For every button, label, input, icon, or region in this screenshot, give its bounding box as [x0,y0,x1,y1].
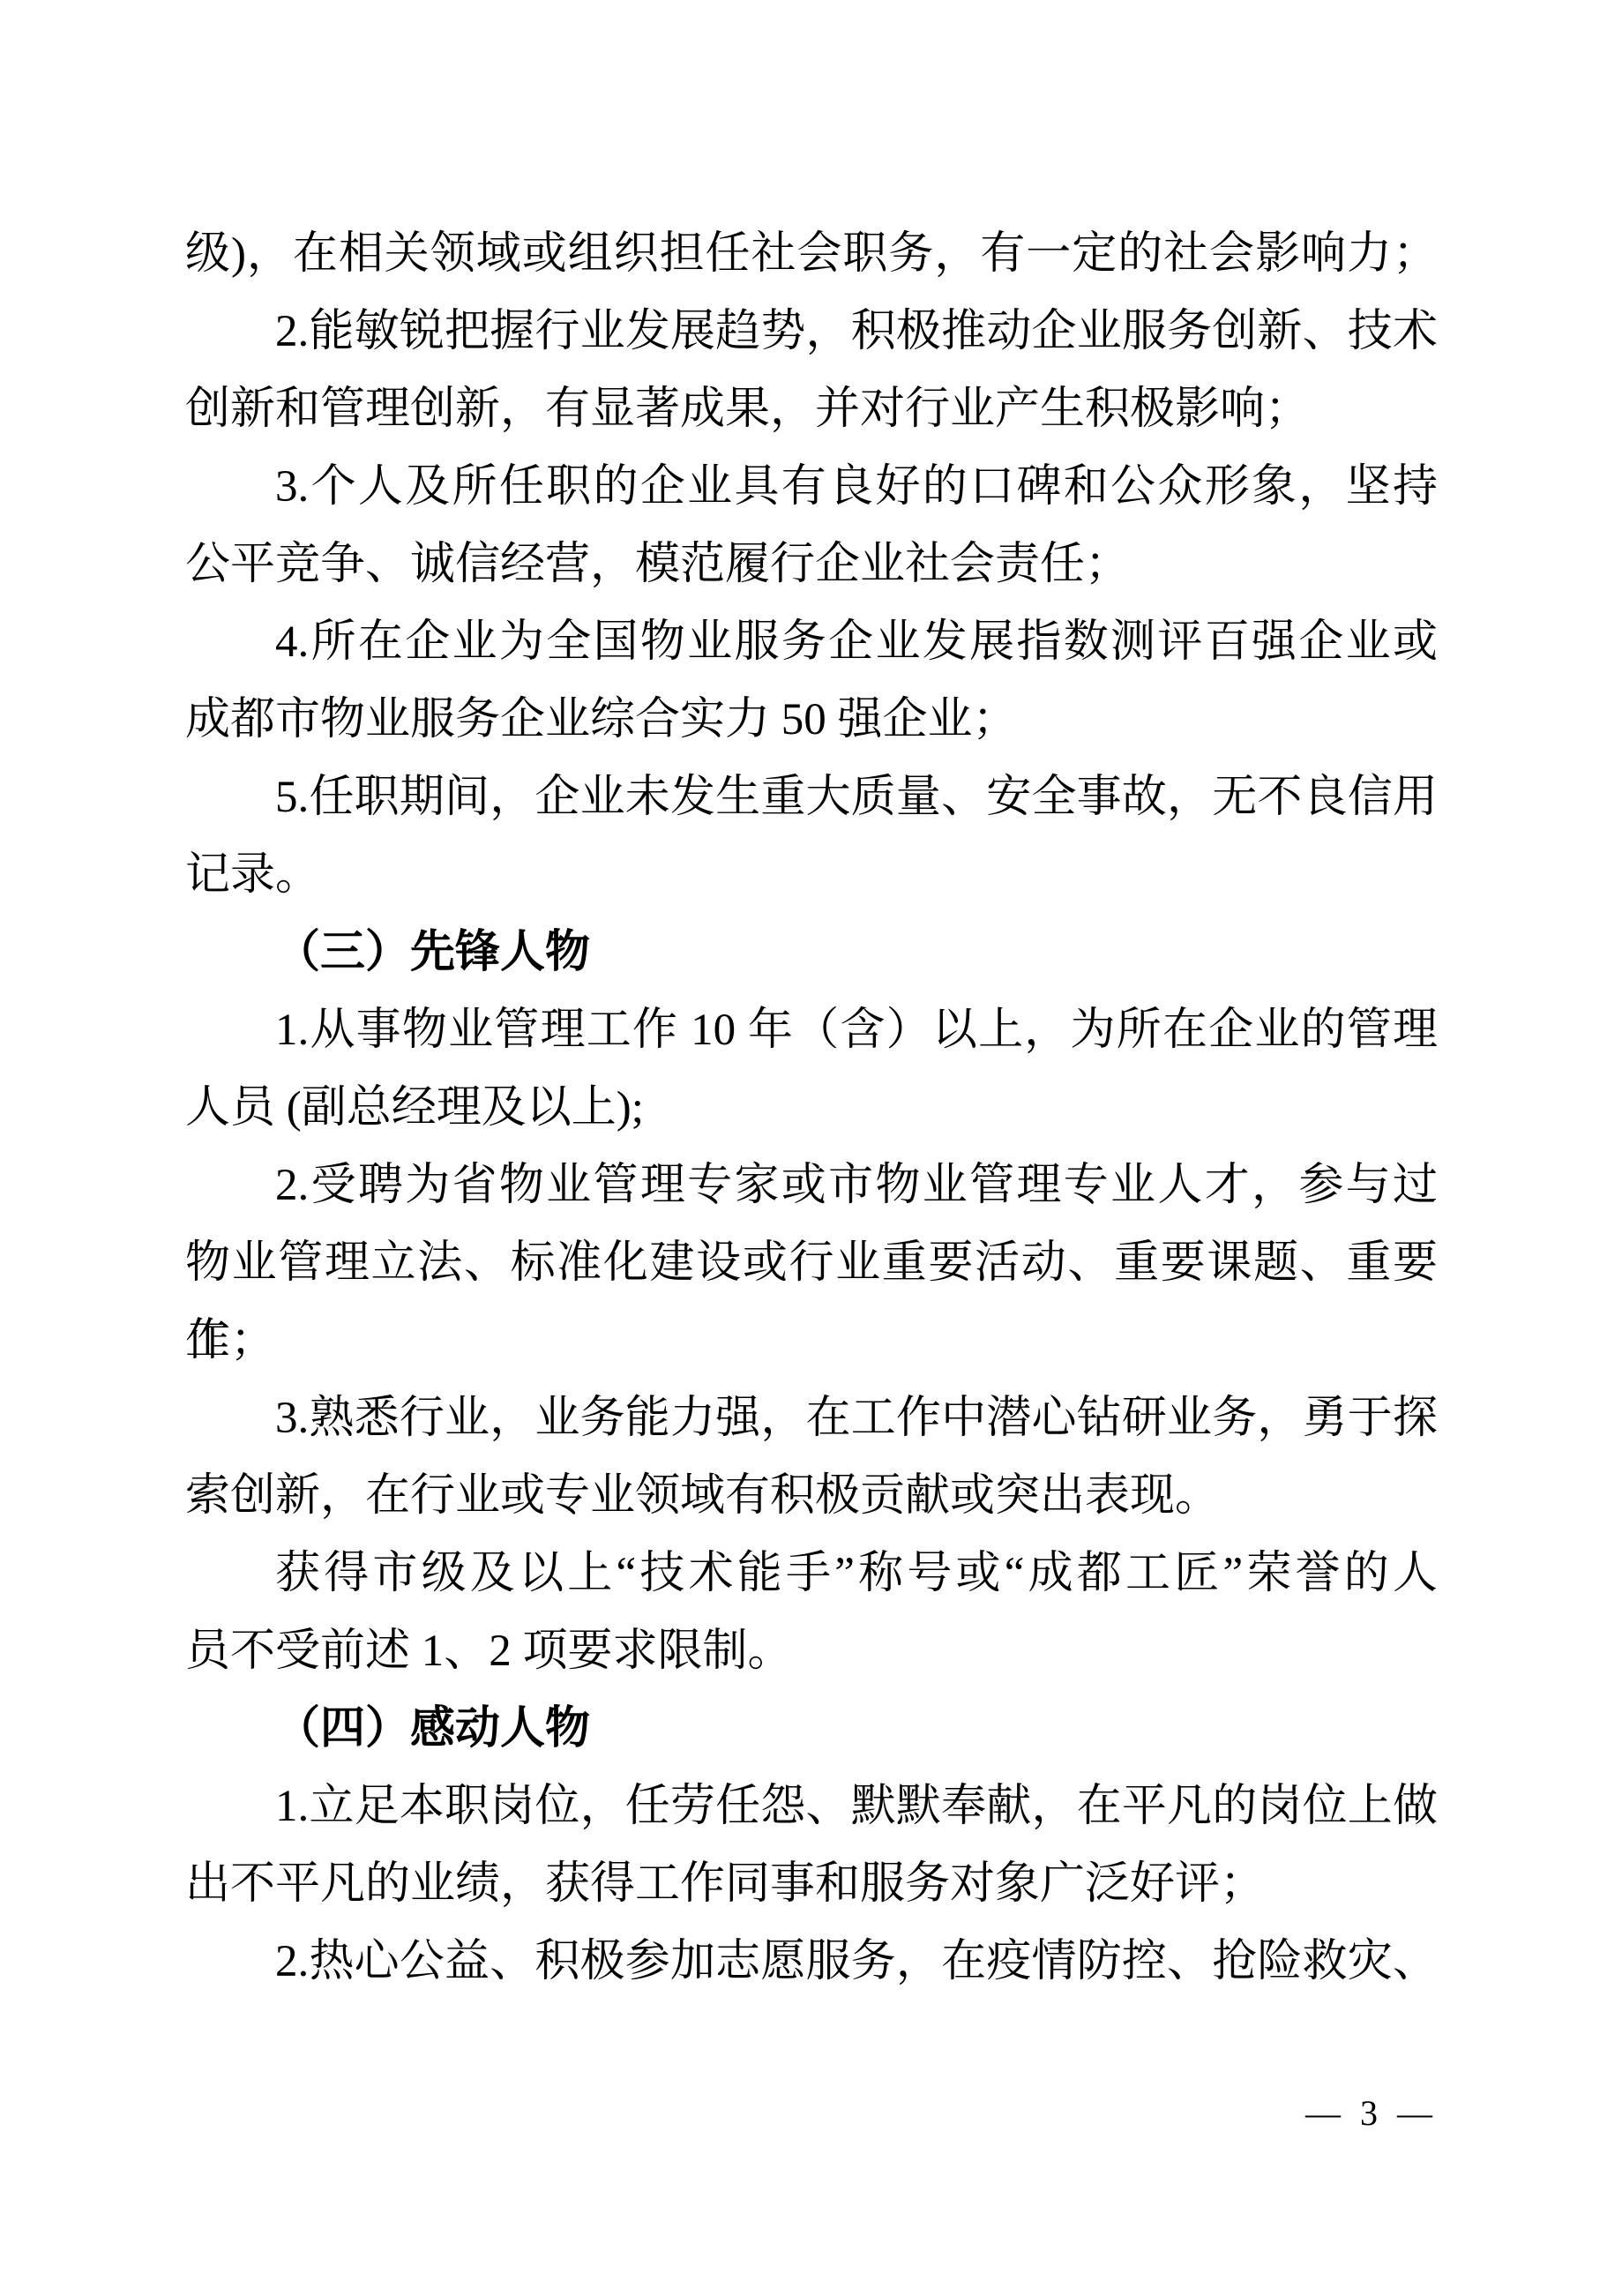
text-line: 创新和管理创新，有显著成果，并对行业产生积极影响； [185,370,1438,448]
text-line: 作； [185,1302,1438,1380]
text-line: 2.能敏锐把握行业发展趋势，积极推动企业服务创新、技术 [185,293,1438,370]
document-body: 级)，在相关领域或组织担任社会职务，有一定的社会影响力；2.能敏锐把握行业发展趋… [185,215,1438,2001]
text-line: 物业管理立法、标准化建设或行业重要活动、重要课题、重要工 [185,1224,1438,1302]
text-line: 级)，在相关领域或组织担任社会职务，有一定的社会影响力； [185,215,1438,293]
text-line: 5.任职期间，企业未发生重大质量、安全事故，无不良信用 [185,759,1438,836]
text-line: 2.受聘为省物业管理专家或市物业管理专业人才，参与过 [185,1147,1438,1224]
text-line: 索创新，在行业或专业领域有积极贡献或突出表现。 [185,1457,1438,1535]
text-line: 4.所在企业为全国物业服务企业发展指数测评百强企业或 [185,603,1438,681]
page-number: — 3 — [1305,2092,1438,2135]
text-line: 2.热心公益、积极参加志愿服务，在疫情防控、抢险救灾、 [185,1923,1438,2001]
text-line: 获得市级及以上“技术能手”称号或“成都工匠”荣誉的人 [185,1535,1438,1612]
text-line: （四）感动人物 [185,1690,1438,1768]
text-line: 1.从事物业管理工作 10 年（含）以上，为所在企业的管理 [185,991,1438,1069]
text-line: 公平竞争、诚信经营，模范履行企业社会责任； [185,526,1438,603]
text-line: 记录。 [185,836,1438,914]
text-line: 1.立足本职岗位，任劳任怨、默默奉献，在平凡的岗位上做 [185,1768,1438,1845]
text-line: 成都市物业服务企业综合实力 50 强企业； [185,681,1438,759]
text-line: 人员 (副总经理及以上); [185,1069,1438,1147]
text-line: 3.个人及所任职的企业具有良好的口碑和公众形象，坚持 [185,448,1438,526]
text-line: 出不平凡的业绩，获得工作同事和服务对象广泛好评； [185,1845,1438,1923]
document-page: 级)，在相关领域或组织担任社会职务，有一定的社会影响力；2.能敏锐把握行业发展趋… [0,0,1622,2296]
text-line: 员不受前述 1、2 项要求限制。 [185,1612,1438,1690]
text-line: 3.熟悉行业，业务能力强，在工作中潜心钻研业务，勇于探 [185,1380,1438,1457]
text-line: （三）先锋人物 [185,914,1438,991]
